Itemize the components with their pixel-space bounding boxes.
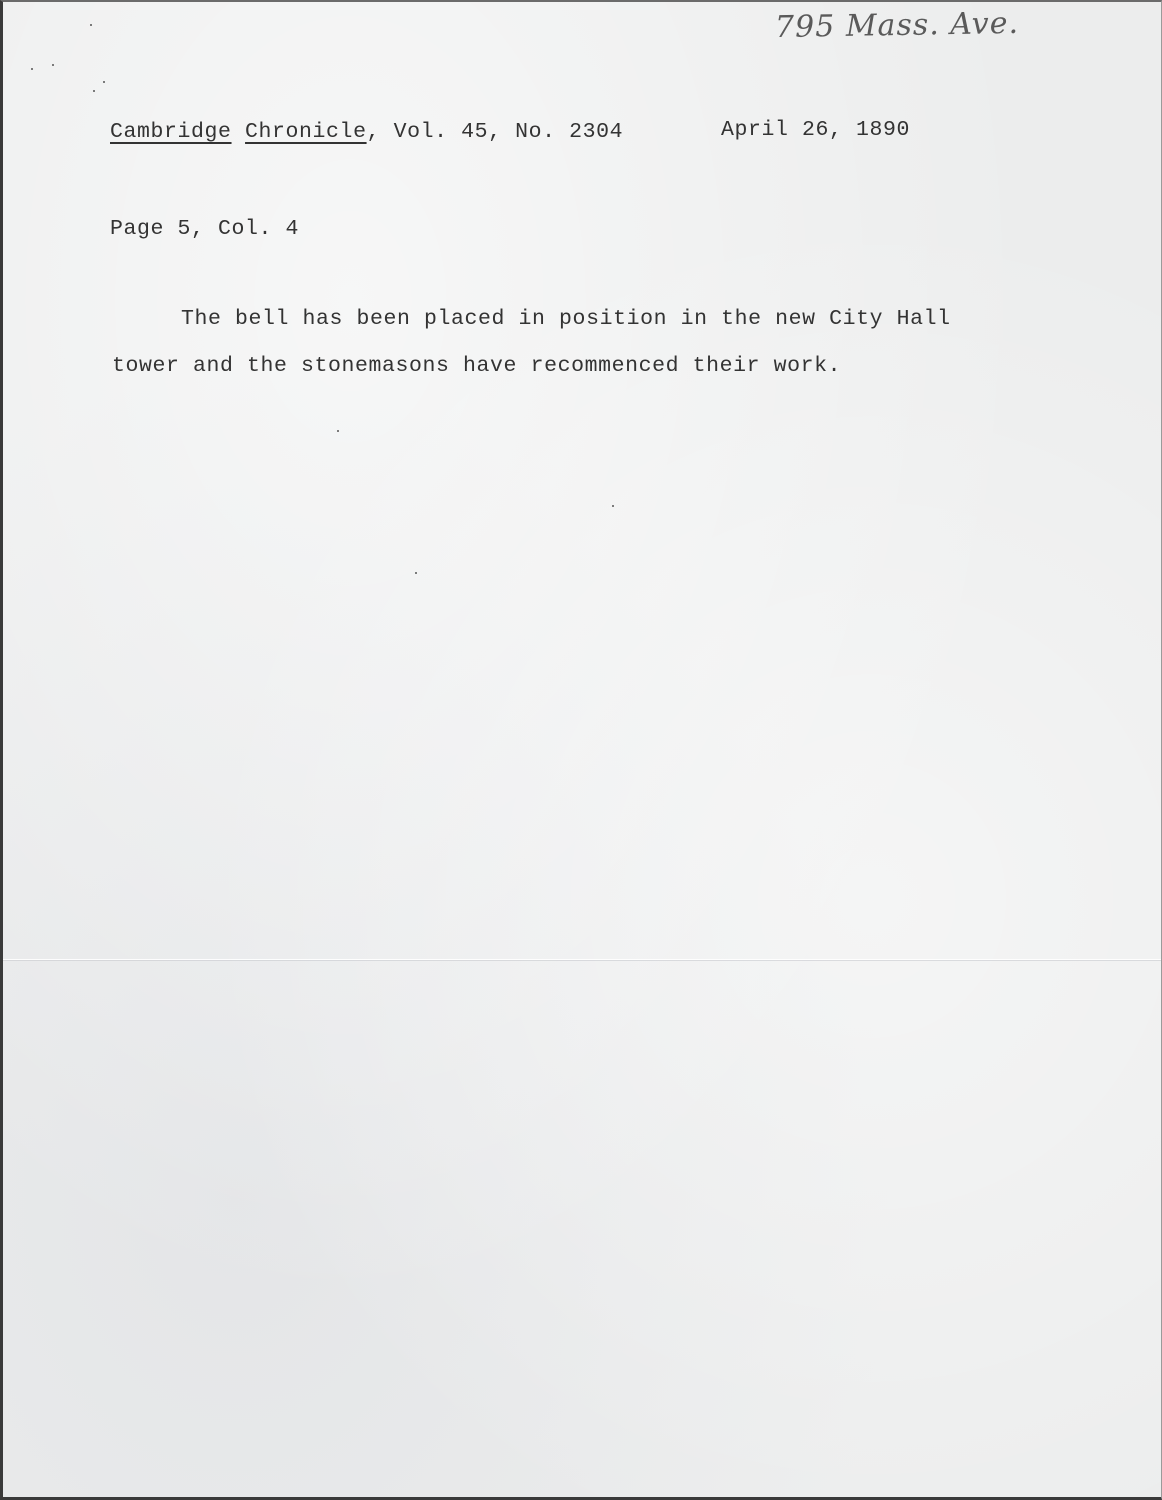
paper-speck bbox=[52, 64, 54, 66]
paper-speck bbox=[90, 24, 92, 26]
body-text-line: The bell has been placed in position in … bbox=[181, 307, 951, 331]
publication-date: April 26, 1890 bbox=[721, 118, 910, 142]
handwritten-address-note: 795 Mass. Ave. bbox=[775, 6, 1020, 45]
paper-speck bbox=[103, 81, 105, 83]
document-page: 795 Mass. Ave. Cambridge Chronicle, Vol.… bbox=[0, 0, 1162, 1500]
newspaper-citation: Cambridge Chronicle, Vol. 45, No. 2304 bbox=[110, 120, 623, 144]
newspaper-name-part1: Cambridge bbox=[110, 120, 232, 144]
paper-speck bbox=[415, 572, 417, 574]
paper-speck bbox=[93, 90, 95, 92]
newspaper-name-part2: Chronicle bbox=[245, 120, 367, 144]
paper-speck bbox=[31, 68, 33, 70]
volume-issue: , Vol. 45, No. 2304 bbox=[367, 120, 624, 144]
paper-speck bbox=[612, 505, 614, 507]
body-text-line: tower and the stonemasons have recommenc… bbox=[112, 354, 841, 378]
page-column-reference: Page 5, Col. 4 bbox=[110, 217, 299, 241]
paper-speck bbox=[337, 430, 339, 432]
paper-fold-line bbox=[3, 959, 1161, 960]
